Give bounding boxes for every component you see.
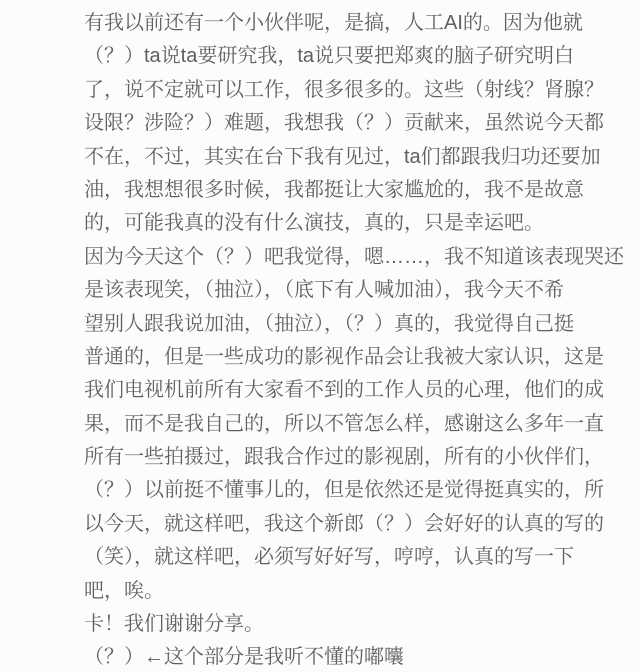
text-line: 果，而不是我自己的，所以不管怎么样，感谢这么多年一直: [84, 408, 600, 441]
text-line: 不在，不过，其实在台下我有见过，ta们都跟我归功还要加: [84, 141, 600, 174]
text-line: 有我以前还有一个小伙伴呢，是搞，人工AI的。因为他就: [84, 7, 600, 40]
text-line: 油，我想想很多时候，我都挺让大家尴尬的，我不是故意: [84, 174, 600, 207]
text-line: （？）←这个部分是我听不懂的嘟囔: [84, 641, 600, 672]
text-line: 我们电视机前所有大家看不到的工作人员的心理，他们的成: [84, 374, 600, 407]
text-line: 的，可能我真的没有什么演技，真的，只是幸运吧。: [84, 207, 600, 240]
text-line: 是该表现笑，（抽泣），（底下有人喊加油），我今天不希: [84, 274, 600, 307]
transcript-page: 有我以前还有一个小伙伴呢，是搞，人工AI的。因为他就 （？）ta说ta要研究我，…: [0, 0, 640, 672]
text-line: 望别人跟我说加油，（抽泣），（？）真的，我觉得自己挺: [84, 308, 600, 341]
text-line: 所有一些拍摄过，跟我合作过的影视剧，所有的小伙伴们，: [84, 441, 600, 474]
text-line: 吧，唉。: [84, 575, 600, 608]
text-line: （？）ta说ta要研究我，ta说只要把郑爽的脑子研究明白: [84, 40, 600, 73]
text-line: 设限？涉险？）难题，我想我（？）贡献来，虽然说今天都: [84, 107, 600, 140]
text-line: 以今天，就这样吧，我这个新郎（？）会好好的认真的写的: [84, 508, 600, 541]
text-line: 卡！我们谢谢分享。: [84, 608, 600, 641]
text-line: （？）以前挺不懂事儿的，但是依然还是觉得挺真实的，所: [84, 474, 600, 507]
text-line: 普通的，但是一些成功的影视作品会让我被大家认识，这是: [84, 341, 600, 374]
text-line: 了，说不定就可以工作，很多很多的。这些（射线？肾腺？: [84, 74, 600, 107]
text-line: 因为今天这个（？）吧我觉得，嗯……，我不知道该表现哭还: [84, 241, 600, 274]
text-line: （笑），就这样吧，必须写好好写，哼哼，认真的写一下: [84, 541, 600, 574]
